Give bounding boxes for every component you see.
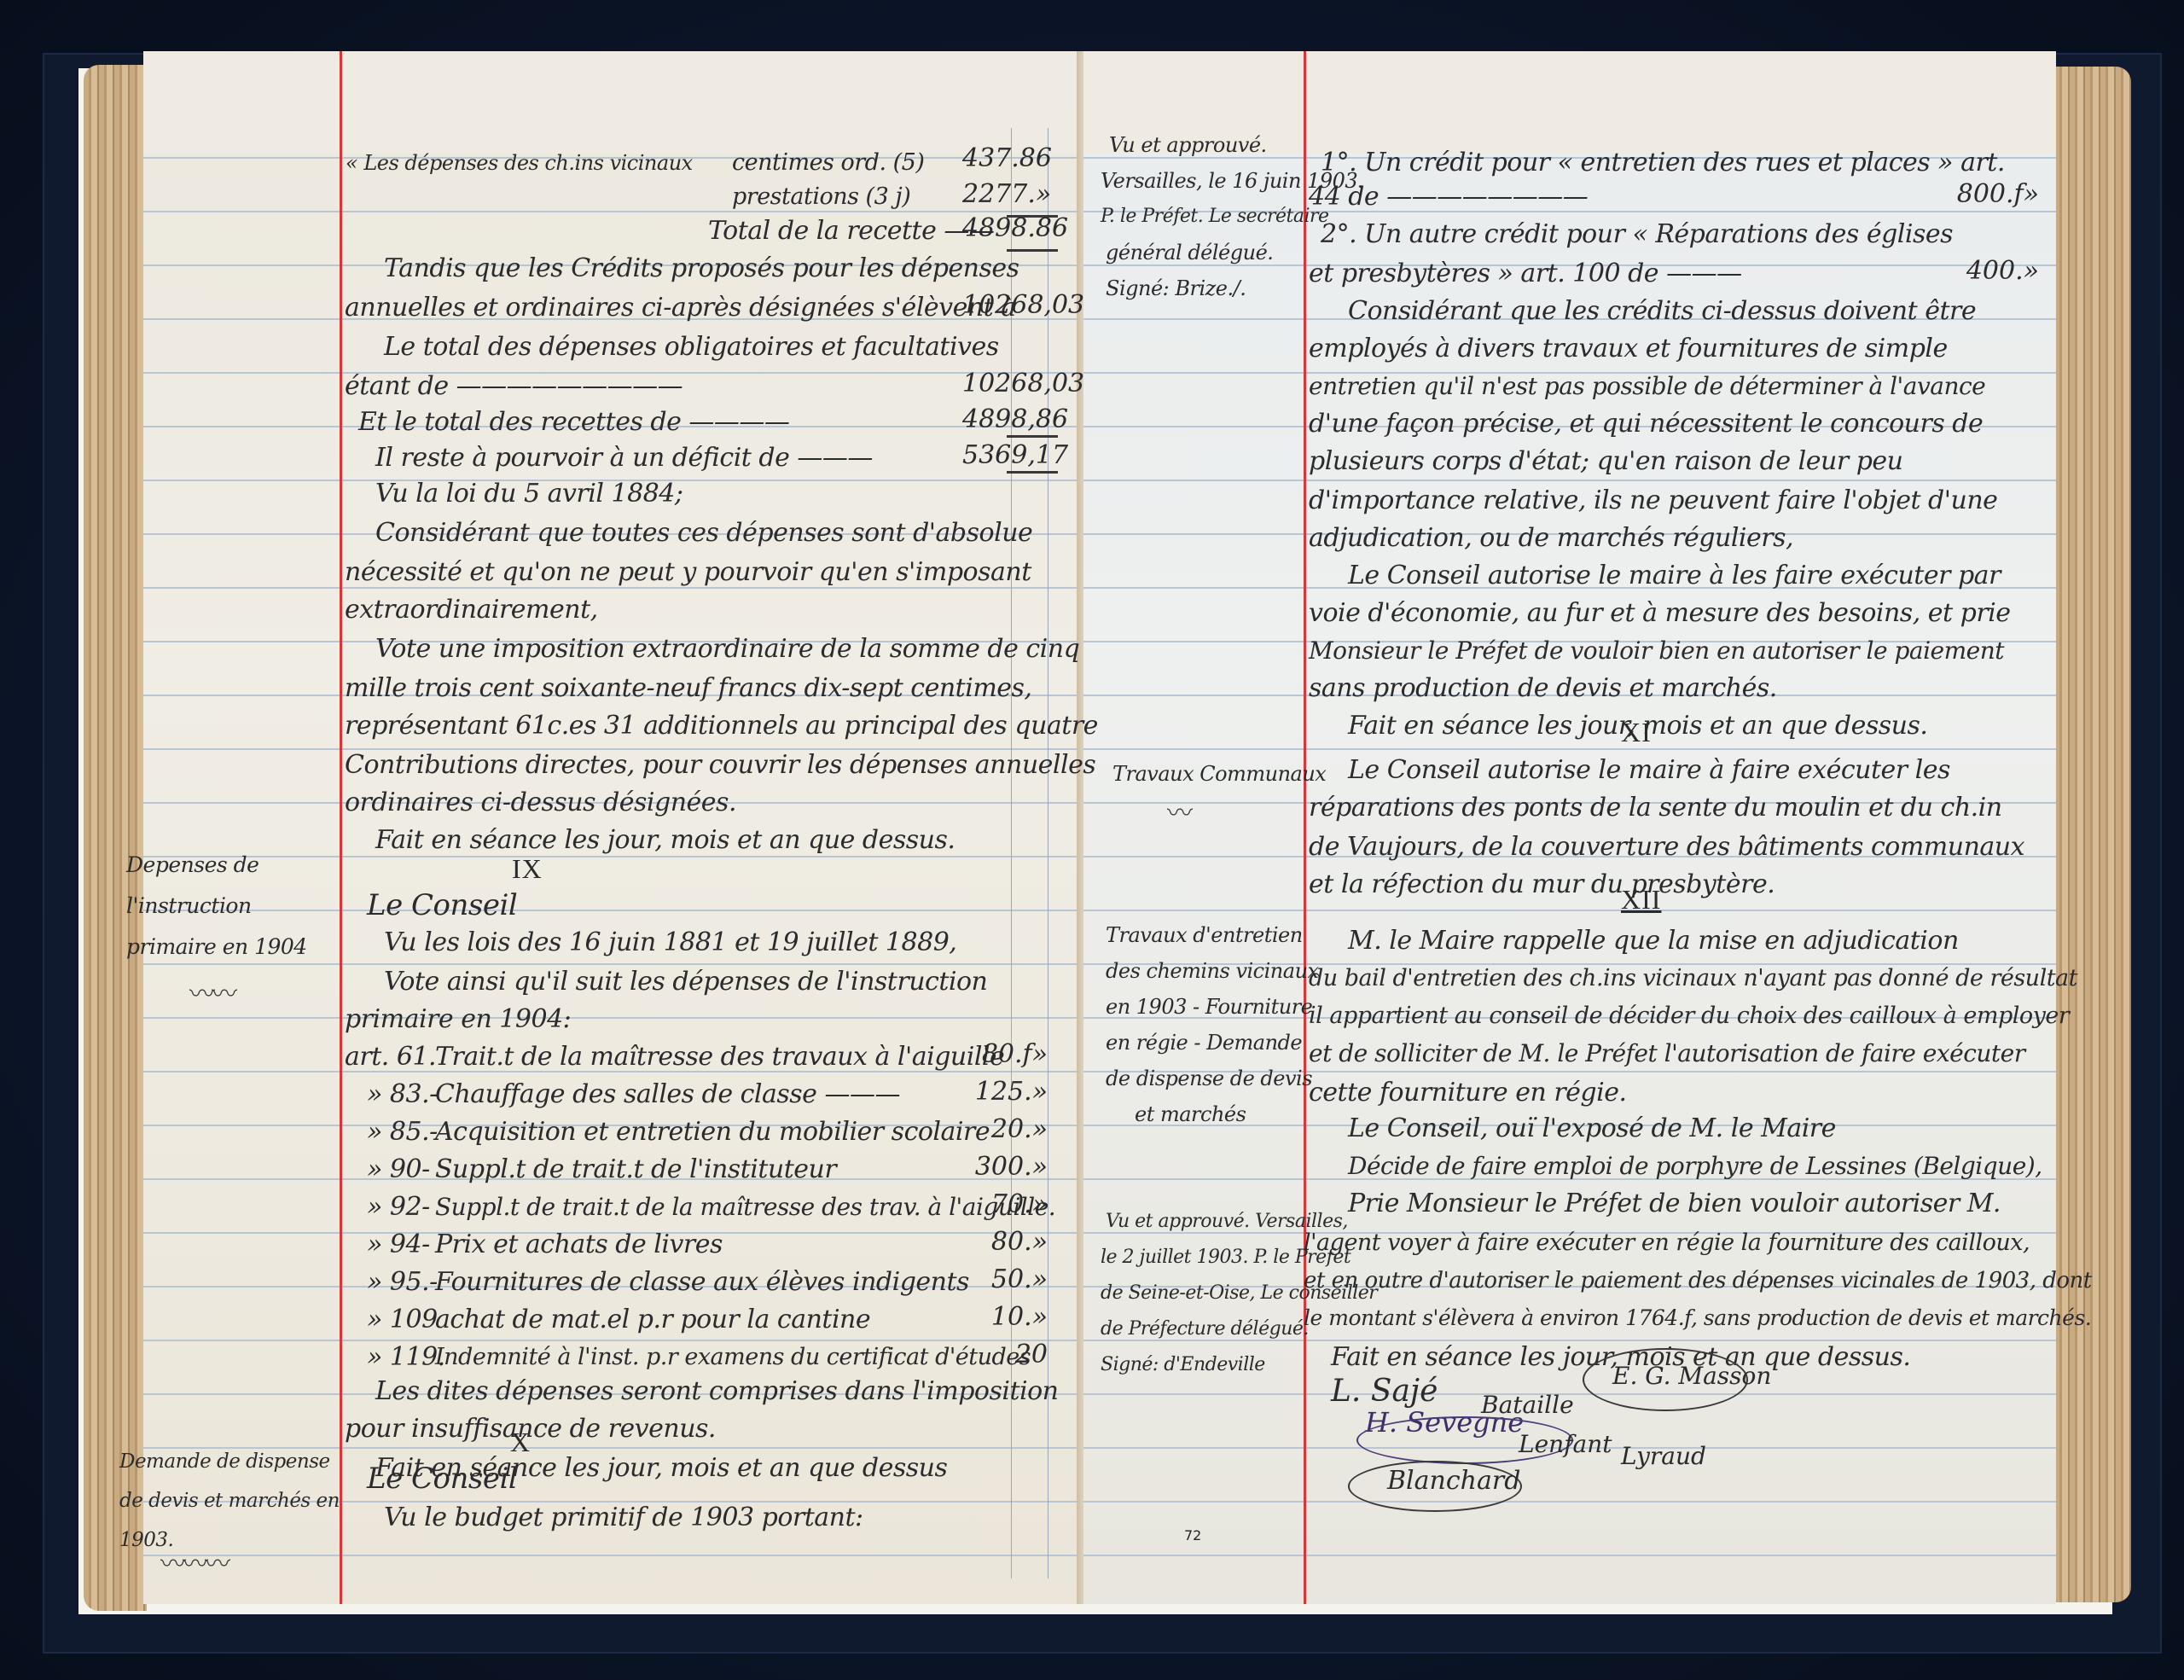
right-page-edges (2054, 67, 2131, 1602)
signature: E. G. Masson (1612, 1362, 1771, 1390)
amount-deficit: 5369,17 (962, 440, 1048, 470)
page-number: 72 (1184, 1527, 1201, 1543)
text-line: Vu le budget primitif de 1903 portant: (384, 1491, 863, 1544)
flourish-icon: 〰 (1167, 792, 1189, 829)
amount-total-depenses: 10268,03 (962, 369, 1048, 398)
signature: Lyraud (1621, 1442, 1706, 1470)
flourish-icon: 〰〰〰 (160, 1543, 227, 1580)
amount-centimes: 437.86 (962, 143, 1048, 173)
amount-credit-2: 400.» (1954, 256, 2039, 286)
amount-total-recette: 4898.86 (962, 213, 1048, 243)
left-red-margin-line (340, 51, 342, 1604)
flourish-icon: 〰〰 (189, 973, 234, 1010)
text-line: Fait en séance les jour, mois et an que … (375, 814, 955, 867)
text-line: et la réfection du mur du presbytère. (1309, 858, 1774, 911)
margin-note-dispense-devis: Demande de dispense de devis et marchés … (119, 1442, 350, 1560)
margin-note-instruction-primaire: Depenses de l'instruction primaire en 19… (126, 845, 340, 968)
left-page-edges (84, 65, 147, 1611)
depenses-chemins-label: « Les dépenses des ch.ins vicinaux (346, 137, 693, 189)
section-numeral-xii: XII (1621, 884, 1661, 916)
signature: Blanchard (1387, 1466, 1520, 1496)
amount-credits: 10268,03 (962, 290, 1048, 320)
signature: L. Sajé (1331, 1374, 1438, 1409)
amount-total-recettes: 4898,86 (962, 404, 1048, 434)
amount-column-rule (1048, 128, 1048, 1578)
amount-credit-1: 800.f» (1954, 179, 2039, 209)
right-red-margin-line (1304, 51, 1306, 1604)
signature: Lenfant (1519, 1430, 1612, 1458)
signature: Bataille (1481, 1391, 1574, 1419)
margin-note-travaux-communaux: Travaux Communaux (1112, 747, 1326, 800)
